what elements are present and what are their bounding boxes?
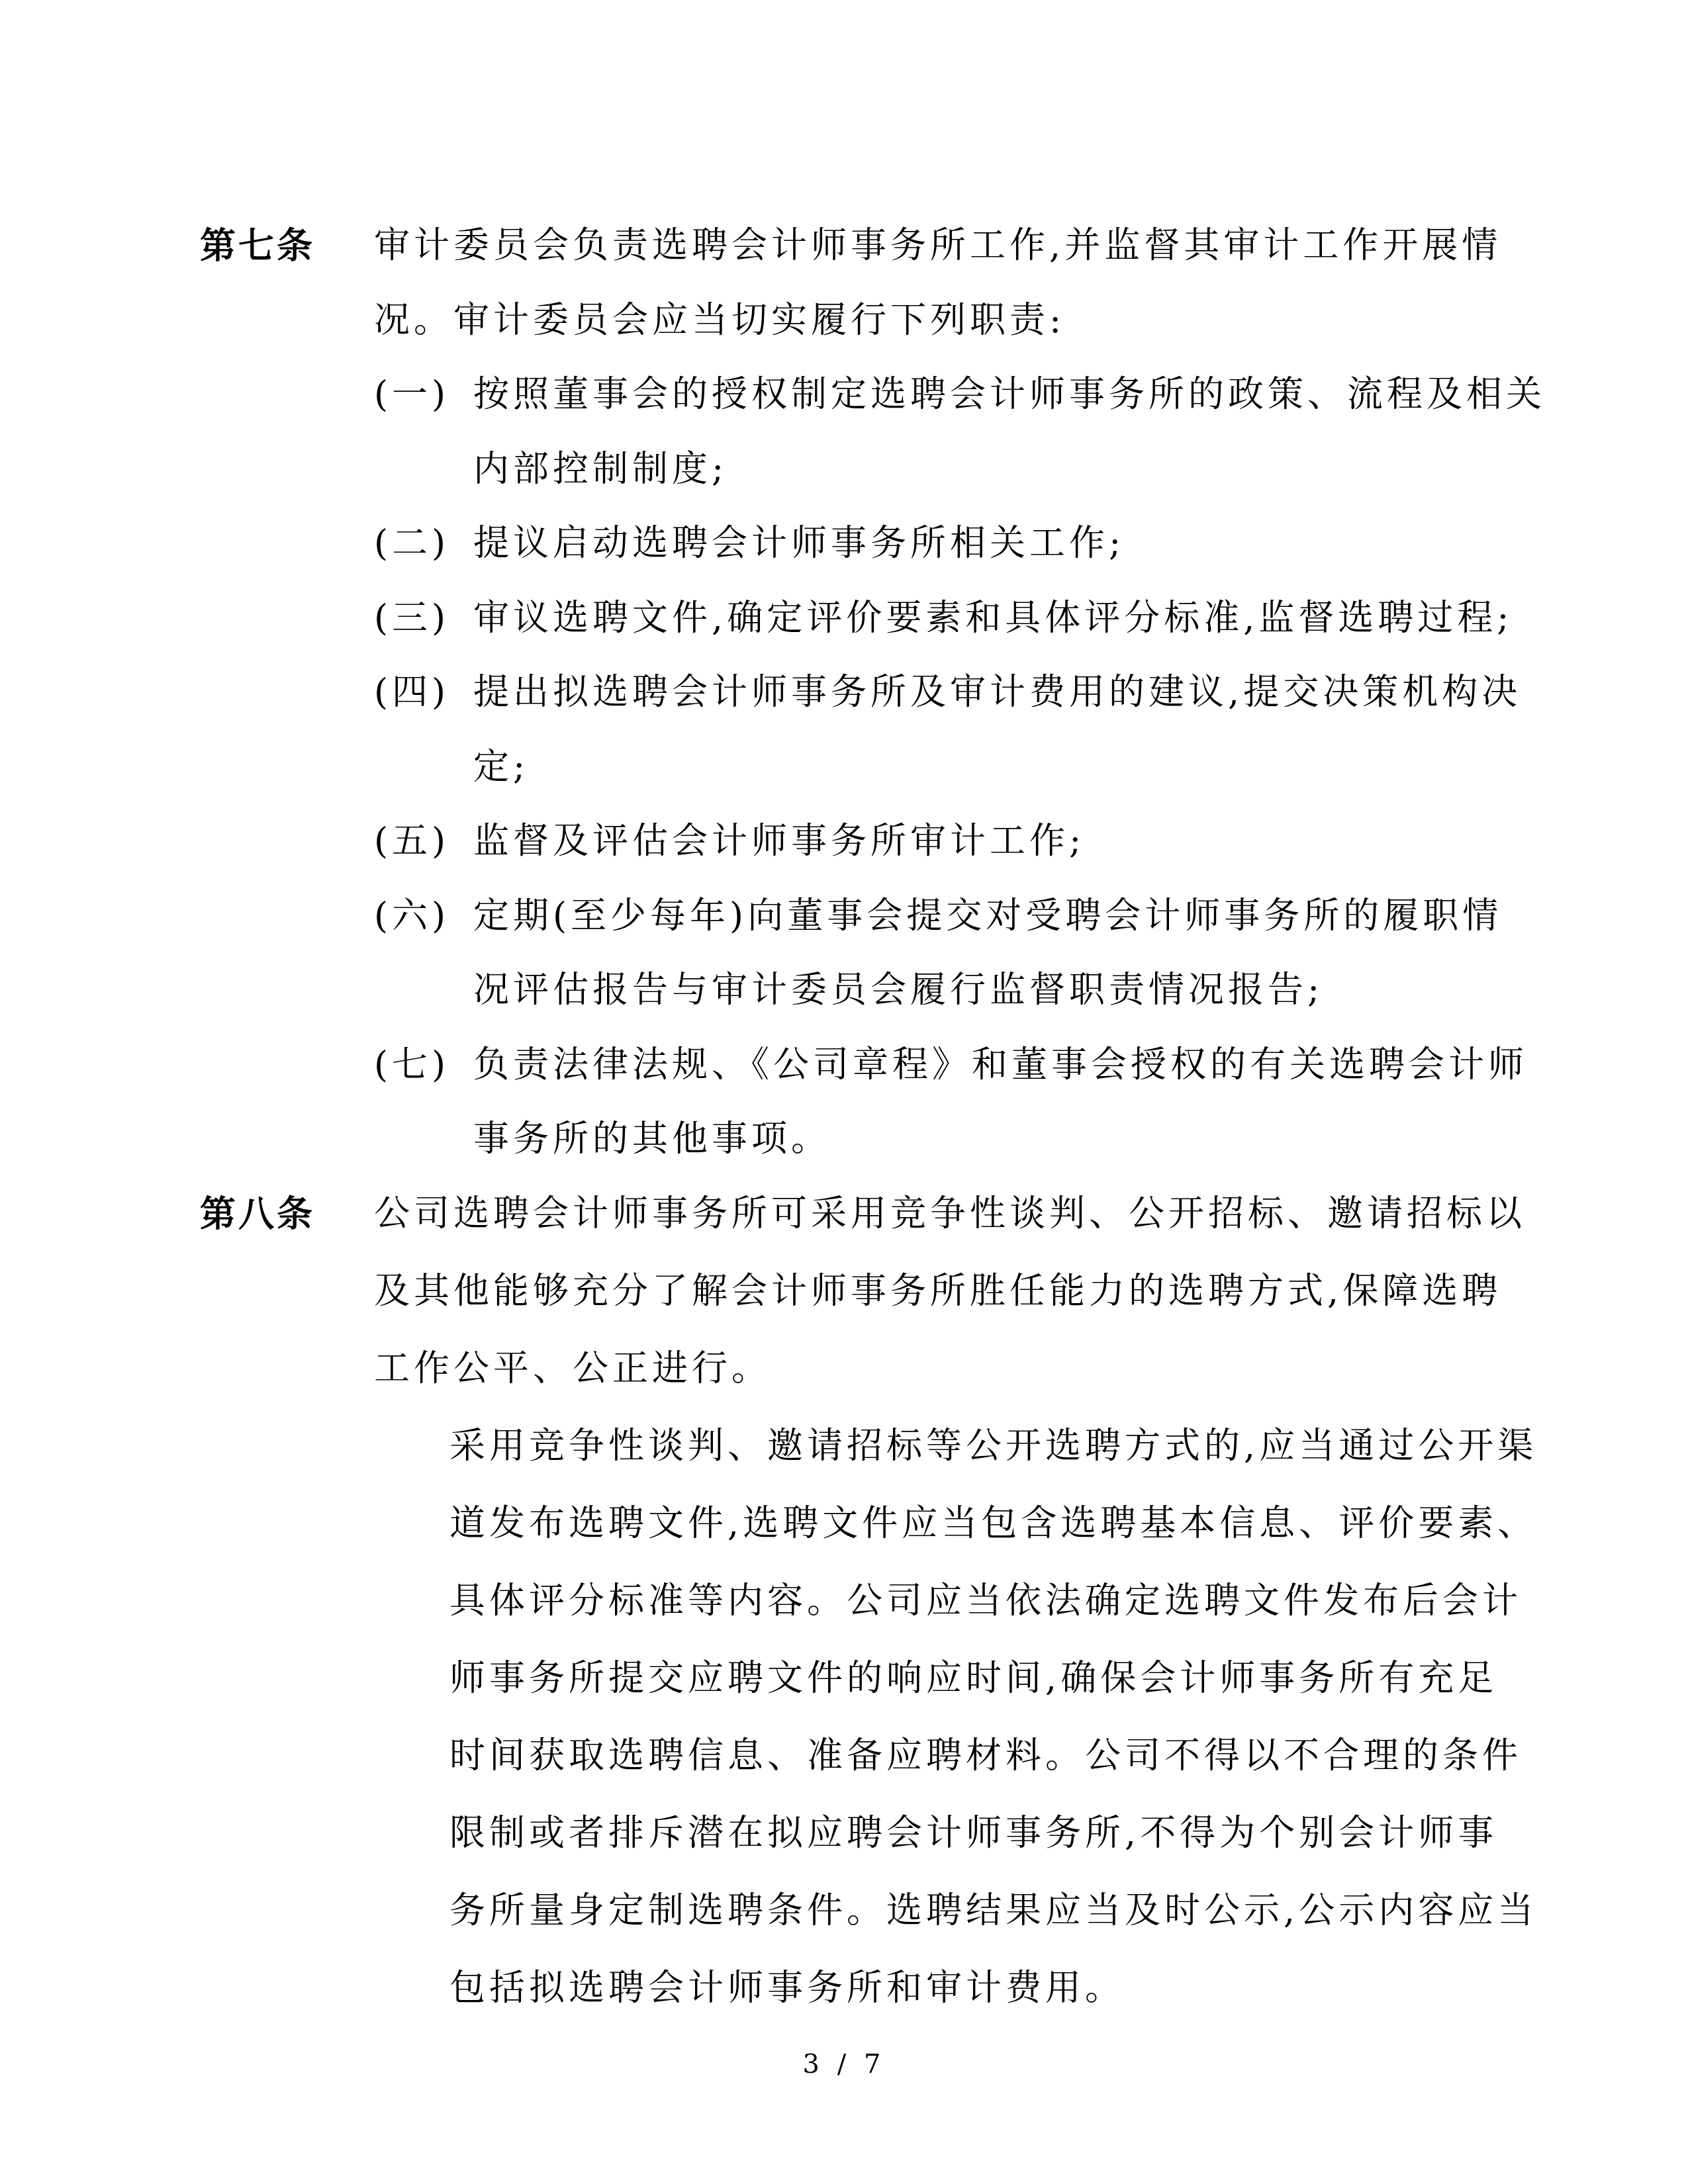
item-line: 提议启动选聘会计师事务所相关工作;: [473, 523, 1125, 564]
item-marker: (四): [374, 672, 449, 713]
article-label: 第七条: [200, 225, 315, 266]
text-line: 内部控制制度;: [0, 449, 1688, 525]
item-marker: (六): [374, 895, 449, 936]
text-line: 师事务所提交应聘文件的响应时间,确保会计师事务所有充足: [0, 1658, 1688, 1735]
paragraph-line: 师事务所提交应聘文件的响应时间,确保会计师事务所有充足: [449, 1658, 1497, 1699]
item-line: 内部控制制度;: [473, 449, 727, 490]
text-line: 及其他能够充分了解会计师事务所胜任能力的选聘方式,保障选聘: [0, 1271, 1688, 1347]
item-marker: (二): [374, 523, 449, 564]
text-line: (三)审议选聘文件,确定评价要素和具体评分标准,监督选聘过程;: [0, 598, 1688, 674]
text-line: (七)负责法律法规、《公司章程》和董事会授权的有关选聘会计师: [0, 1044, 1688, 1121]
text-line: (六)定期(至少每年)向董事会提交对受聘会计师事务所的履职情: [0, 895, 1688, 972]
text-line: 事务所的其他事项。: [0, 1118, 1688, 1195]
item-marker: (五): [374, 821, 449, 862]
paragraph-line: 限制或者排斥潜在拟应聘会计师事务所,不得为个别会计师事: [449, 1813, 1497, 1854]
text-line: 道发布选聘文件,选聘文件应当包含选聘基本信息、评价要素、: [0, 1503, 1688, 1580]
text-line: (四)提出拟选聘会计师事务所及审计费用的建议,提交决策机构决: [0, 672, 1688, 749]
text-line: 第七条审计委员会负责选聘会计师事务所工作,并监督其审计工作开展情: [0, 225, 1688, 302]
paragraph-line: 时间获取选聘信息、准备应聘材料。公司不得以不合理的条件: [449, 1735, 1522, 1776]
text-line: (五)监督及评估会计师事务所审计工作;: [0, 821, 1688, 897]
item-line: 负责法律法规、《公司章程》和董事会授权的有关选聘会计师: [473, 1044, 1528, 1085]
paragraph-line: 道发布选聘文件,选聘文件应当包含选聘基本信息、评价要素、: [449, 1503, 1537, 1544]
article-lead-line: 况。审计委员会应当切实履行下列职责:: [374, 300, 1065, 341]
paragraph-line: 务所量身定制选聘条件。选聘结果应当及时公示,公示内容应当: [449, 1890, 1537, 1931]
item-line: 定期(至少每年)向董事会提交对受聘会计师事务所的履职情: [473, 895, 1502, 936]
text-line: (二)提议启动选聘会计师事务所相关工作;: [0, 523, 1688, 600]
article-lead-line: 公司选聘会计师事务所可采用竞争性谈判、公开招标、邀请招标以: [374, 1193, 1526, 1234]
article-lead-line: 审计委员会负责选聘会计师事务所工作,并监督其审计工作开展情: [374, 225, 1501, 266]
text-line: 务所量身定制选聘条件。选聘结果应当及时公示,公示内容应当: [0, 1890, 1688, 1967]
text-line: 时间获取选聘信息、准备应聘材料。公司不得以不合理的条件: [0, 1735, 1688, 1812]
item-marker: (一): [374, 374, 449, 415]
document-page: 3 / 7 第七条审计委员会负责选聘会计师事务所工作,并监督其审计工作开展情况。…: [0, 0, 1688, 2184]
text-line: 采用竞争性谈判、邀请招标等公开选聘方式的,应当通过公开渠: [0, 1426, 1688, 1502]
item-line: 按照董事会的授权制定选聘会计师事务所的政策、流程及相关: [473, 374, 1546, 415]
item-marker: (三): [374, 598, 449, 639]
item-line: 况评估报告与审计委员会履行监督职责情况报告;: [473, 970, 1323, 1011]
text-line: 况评估报告与审计委员会履行监督职责情况报告;: [0, 970, 1688, 1046]
text-line: 具体评分标准等内容。公司应当依法确定选聘文件发布后会计: [0, 1580, 1688, 1657]
paragraph-line: 采用竞争性谈判、邀请招标等公开选聘方式的,应当通过公开渠: [449, 1426, 1537, 1467]
text-line: 工作公平、公正进行。: [0, 1348, 1688, 1425]
text-line: 第八条公司选聘会计师事务所可采用竞争性谈判、公开招标、邀请招标以: [0, 1193, 1688, 1270]
item-line: 监督及评估会计师事务所审计工作;: [473, 821, 1085, 862]
text-line: 况。审计委员会应当切实履行下列职责:: [0, 300, 1688, 377]
text-line: 限制或者排斥潜在拟应聘会计师事务所,不得为个别会计师事: [0, 1813, 1688, 1889]
item-line: 事务所的其他事项。: [473, 1118, 831, 1160]
article-lead-line: 工作公平、公正进行。: [374, 1348, 771, 1389]
text-line: (一)按照董事会的授权制定选聘会计师事务所的政策、流程及相关: [0, 374, 1688, 451]
article-lead-line: 及其他能够充分了解会计师事务所胜任能力的选聘方式,保障选聘: [374, 1271, 1501, 1312]
paragraph-line: 包括拟选聘会计师事务所和审计费用。: [449, 1968, 1125, 2009]
text-line: 包括拟选聘会计师事务所和审计费用。: [0, 1968, 1688, 2044]
item-marker: (七): [374, 1044, 449, 1085]
item-line: 定;: [473, 747, 529, 788]
page-number: 3 / 7: [0, 2049, 1688, 2079]
item-line: 审议选聘文件,确定评价要素和具体评分标准,监督选聘过程;: [473, 598, 1513, 639]
item-line: 提出拟选聘会计师事务所及审计费用的建议,提交决策机构决: [473, 672, 1521, 713]
paragraph-line: 具体评分标准等内容。公司应当依法确定选聘文件发布后会计: [449, 1580, 1522, 1621]
article-label: 第八条: [200, 1193, 315, 1234]
text-line: 定;: [0, 747, 1688, 823]
